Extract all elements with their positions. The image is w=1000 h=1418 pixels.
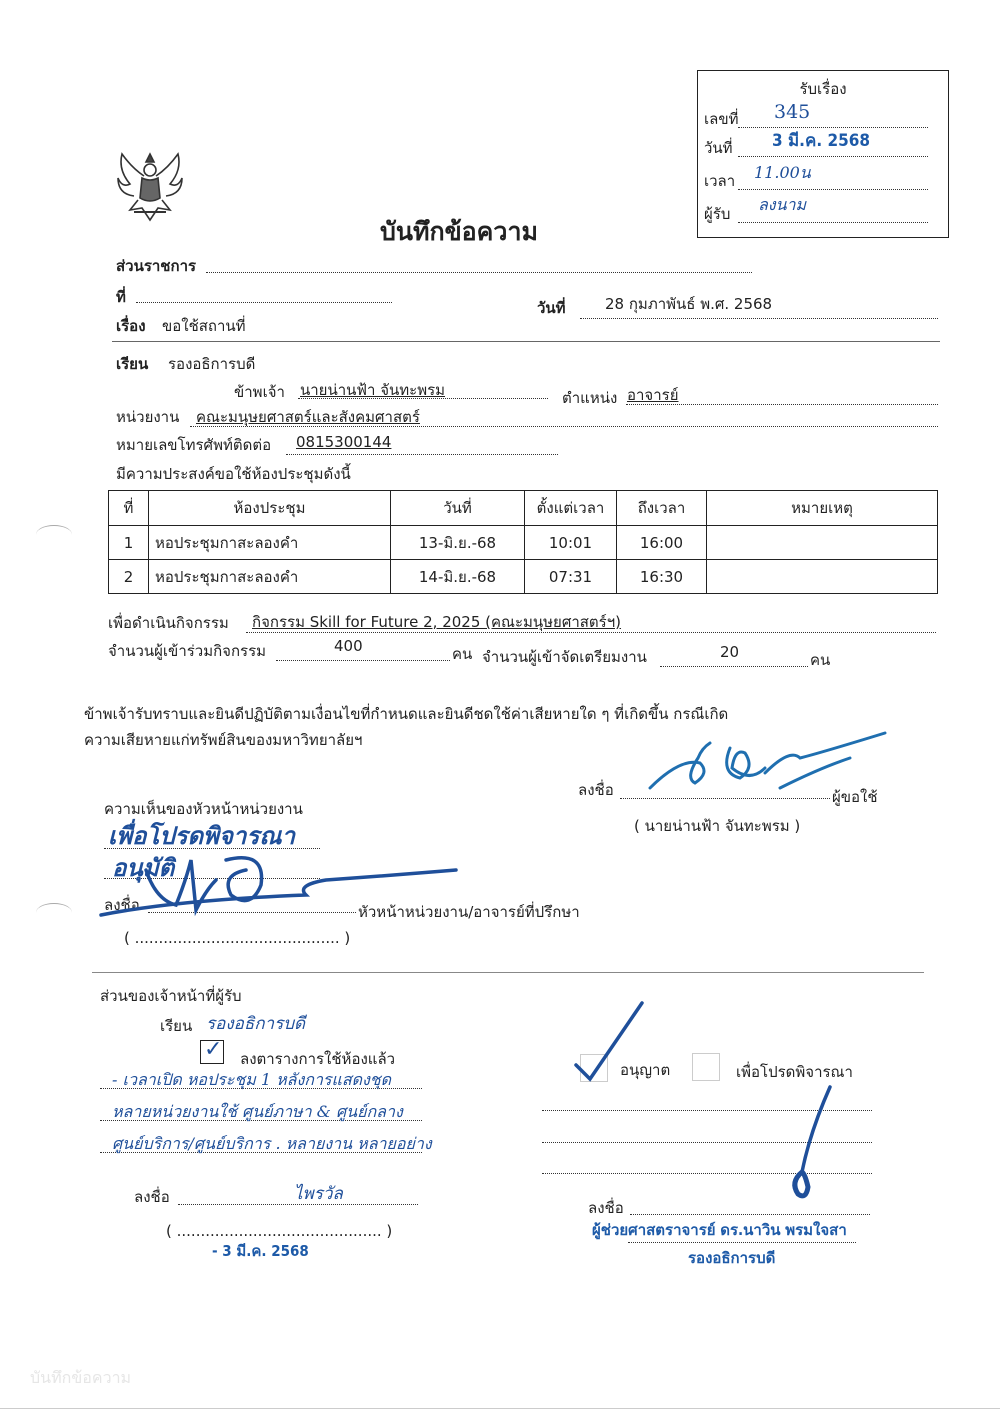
position-value: อาจารย์ [627,383,679,407]
table-cell: 14-มิ.ย.-68 [391,560,525,594]
staff-value: 20 [720,643,739,661]
date-label: วันที่ [537,296,566,320]
receive-time-value: 11.00น [754,161,811,186]
participants-unit: คน [452,642,472,666]
receive-date-value: 3 มี.ค. 2568 [772,127,870,154]
head-name-placeholder: ( ......................................… [124,929,350,947]
officer-signature: ไพรวัล [294,1180,343,1207]
requester-name: ( นายน่านฟ้า จันทะพรม ) [634,814,800,838]
table-cell: 07:31 [525,560,617,594]
receive-stamp-box: รับเรื่อง เลขที่ 345 วันที่ 3 มี.ค. 2568… [697,70,949,238]
purpose-label: เพื่อดำเนินกิจกรรม [108,611,229,635]
officer-to-label: เรียน [160,1014,192,1038]
name-label: ข้าพเจ้า [234,380,285,404]
purpose-value: กิจกรรม Skill for Future 2, 2025 (คณะมนุ… [252,610,621,634]
staff-label: จำนวนผู้เข้าจัดเตรียมงาน [482,645,647,669]
table-cell: 16:00 [617,526,707,560]
header-divider [112,341,940,342]
column-header: วันที่ [391,491,525,526]
consider-label: เพื่อโปรดพิจารณา [736,1060,853,1084]
agreement-line-1: ข้าพเจ้ารับทราบและยินดีปฏิบัติตามเงื่อนไ… [84,702,728,726]
column-header: ห้องประชุม [149,491,391,526]
punch-hole-mark [36,903,72,922]
receive-date-label: วันที่ [704,136,733,160]
phone-value: 0815300144 [296,433,391,451]
head-role: หัวหน้าหน่วยงาน/อาจารย์ที่ปรึกษา [358,900,580,924]
page-title: บันทึกข้อความ [380,212,538,252]
officer-to-value: รองอธิการบดี [206,1010,305,1037]
table-cell [707,560,938,594]
faint-footer-text: บันทึกข้อความ [30,1366,131,1391]
ref-field [136,288,392,303]
position-label: ตำแหน่ง [562,386,617,410]
officer-date-stamp: - 3 มี.ค. 2568 [212,1239,309,1263]
agreement-line-2: ความเสียหายแก่ทรัพย์สินของมหาวิทยาลัยฯ [84,728,362,752]
table-cell: หอประชุมกาสะลองคำ [149,560,391,594]
approve-label: อนุญาต [620,1058,670,1082]
participants-label: จำนวนผู้เข้าร่วมกิจกรรม [108,639,266,663]
column-header: ที่ [109,491,149,526]
unit-value: คณะมนุษยศาสตร์และสังคมศาสตร์ [196,405,420,429]
requester-sign-label: ลงชื่อ [578,778,614,802]
approver-title: รองอธิการบดี [688,1246,775,1270]
table-cell: 16:30 [617,560,707,594]
approver-name: ผู้ช่วยศาสตราจารย์ ดร.นาวิน พรมใจสา [592,1218,847,1242]
table-cell: 10:01 [525,526,617,560]
table-row: 1หอประชุมกาสะลองคำ13-มิ.ย.-6810:0116:00 [109,526,938,560]
to-value: รองอธิการบดี [168,352,255,376]
receive-number-value: 345 [774,101,810,123]
ref-label: ที่ [116,285,126,309]
unit-label: หน่วยงาน [116,405,179,429]
approver-signature-icon [780,1082,840,1202]
agency-label: ส่วนราชการ [116,254,196,278]
column-header: หมายเหตุ [707,491,938,526]
subject-value: ขอใช้สถานที่ [162,314,246,338]
subject-label: เรื่อง [116,314,146,338]
officer-section-label: ส่วนของเจ้าหน้าที่ผู้รับ [100,984,242,1008]
column-header: ตั้งแต่เวลา [525,491,617,526]
table-cell: 1 [109,526,149,560]
receive-receiver-label: ผู้รับ [704,202,730,226]
officer-name-placeholder: ( ......................................… [166,1222,392,1240]
punch-hole-mark [36,525,72,544]
officer-note-1: - เวลาเปิด หอประชุม 1 หลังการแสดงชุด [112,1068,391,1093]
participants-value: 400 [334,637,363,655]
officer-sign-label: ลงชื่อ [134,1185,170,1209]
garuda-emblem-icon [112,148,188,226]
requester-role: ผู้ขอใช้ [832,785,878,809]
consider-checkbox[interactable] [692,1053,720,1081]
staff-unit: คน [810,648,830,672]
date-value: 28 กุมภาพันธ์ พ.ศ. 2568 [605,292,772,316]
table-row: 2หอประชุมกาสะลองคำ14-มิ.ย.-6807:3116:30 [109,560,938,594]
intent-text: มีความประสงค์ขอใช้ห้องประชุมดังนี้ [116,462,351,486]
checkmark-icon: ✓ [204,1037,222,1062]
table-cell: หอประชุมกาสะลองคำ [149,526,391,560]
table-header-row: ที่ห้องประชุมวันที่ตั้งแต่เวลาถึงเวลาหมา… [109,491,938,526]
column-header: ถึงเวลา [617,491,707,526]
participants-field [276,646,450,661]
page-bottom-edge [0,1408,1000,1409]
table-cell: 13-มิ.ย.-68 [391,526,525,560]
officer-note-2: หลายหน่วยงานใช้ ศูนย์ภาษา & ศูนย์กลาง [112,1100,403,1125]
room-booking-table: ที่ห้องประชุมวันที่ตั้งแต่เวลาถึงเวลาหมา… [108,490,938,594]
name-value: นายน่านฟ้า จันทะพรม [300,378,445,402]
schedule-checkbox[interactable]: ✓ [200,1040,224,1064]
receive-title: รับเรื่อง [698,77,948,101]
to-label: เรียน [116,352,148,376]
table-cell: 2 [109,560,149,594]
officer-note-3: ศูนย์บริการ/ศูนย์บริการ . หลายงาน หลายอย… [112,1132,432,1157]
receive-number-label: เลขที่ [704,107,738,131]
section-divider [92,972,924,973]
agency-field [206,258,752,273]
approver-sign-field [630,1204,870,1215]
approver-sign-label: ลงชื่อ [588,1196,624,1220]
table-cell [707,526,938,560]
receive-receiver-signature: ลงนาม [758,193,806,218]
table-body: 1หอประชุมกาสะลองคำ13-มิ.ย.-6810:0116:002… [109,526,938,594]
receive-number-field [738,109,928,128]
receive-time-label: เวลา [704,169,735,193]
phone-label: หมายเลขโทรศัพท์ติดต่อ [116,433,271,457]
